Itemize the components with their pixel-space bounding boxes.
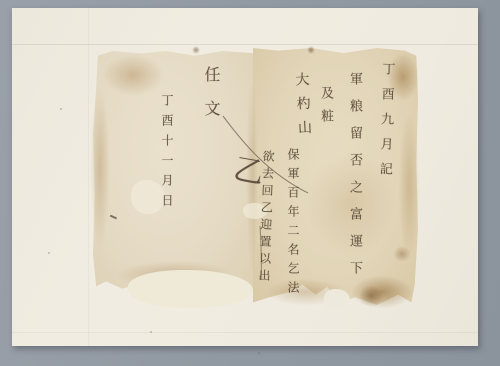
mount-fold-line — [88, 8, 89, 346]
paper-speck — [150, 331, 152, 333]
manuscript: 丁酉九月記 軍粮留否之富運下 及粧 大杓山 保軍百年二名乞法 欲去回乙迎置以出 … — [93, 48, 418, 308]
sheet-right — [253, 48, 418, 305]
paper-speck — [48, 252, 50, 254]
paper-speck — [60, 108, 62, 110]
photograph-of-manuscript: 丁酉九月記 軍粮留否之富運下 及粧 大杓山 保軍百年二名乞法 欲去回乙迎置以出 … — [0, 0, 500, 366]
paper-speck — [258, 352, 260, 354]
sheet-left — [93, 51, 255, 291]
mount-fold-line — [12, 332, 478, 333]
mount-fold-line — [12, 44, 478, 45]
